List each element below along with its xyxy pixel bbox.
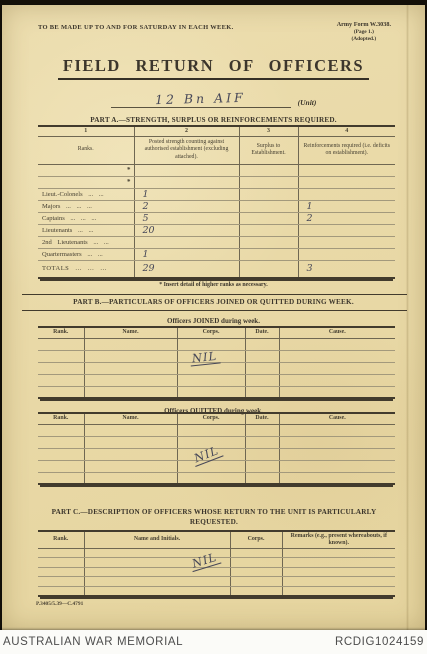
empty-cell [38, 460, 84, 472]
officers-joined-title: Officers JOINED during week. [2, 317, 425, 325]
empty-cell [282, 548, 395, 558]
scanned-form-page: TO BE MADE UP TO AND FOR SATURDAY IN EAC… [2, 5, 425, 630]
header-rank: Rank. [38, 531, 84, 548]
header-date: Date. [245, 327, 279, 338]
empty-cell [230, 586, 282, 596]
totals-label-cell: TOTALS ... ... ... [38, 260, 134, 278]
empty-cell [38, 436, 84, 448]
part-a-heading: PART A.—STRENGTH, SURPLUS OR REINFORCEME… [2, 116, 425, 124]
record-id: RCDIG1024159 [335, 636, 424, 648]
empty-cell [84, 386, 177, 398]
empty-cell [279, 436, 395, 448]
totals-surplus-cell [239, 260, 298, 278]
header-name-initials: Name and Initials. [84, 531, 230, 548]
unit-write-in-line: 12 Bn AIF [111, 89, 291, 108]
surplus-cell [239, 188, 298, 200]
empty-cell [38, 548, 84, 558]
table-row [38, 424, 395, 436]
posted-cell: 5 [134, 212, 239, 224]
column-header-row: Rank. Name. Corps. Date. Cause. [38, 327, 395, 338]
surplus-cell [239, 212, 298, 224]
posted-cell: 2 [134, 200, 239, 212]
column-number-row: 1 2 3 4 [38, 126, 395, 136]
table-row [38, 472, 395, 484]
empty-cell [177, 424, 245, 436]
table-row [38, 374, 395, 386]
surplus-cell [239, 236, 298, 248]
rank-cell: * [38, 164, 134, 176]
header-remarks: Remarks (e.g., present whereabouts, if k… [282, 531, 395, 548]
empty-cell [230, 548, 282, 558]
reinforcements-cell: 2 [298, 212, 395, 224]
empty-cell [230, 558, 282, 568]
column-header-row: Ranks. Posted strength counting against … [38, 136, 395, 164]
empty-cell [38, 350, 84, 362]
table-row: Captains ... ... ... 5 2 [38, 212, 395, 224]
empty-cell [245, 472, 279, 484]
empty-cell [84, 338, 177, 350]
surplus-cell [239, 248, 298, 260]
rank-cell: * [38, 176, 134, 188]
asterisk-mark: * [127, 166, 131, 174]
rank-label: Lieutenants ... ... [42, 227, 93, 234]
empty-cell [245, 460, 279, 472]
army-form-reference: Army Form W.3038. (Page 1.) (Adopted.) [337, 21, 391, 43]
empty-cell [230, 567, 282, 577]
col-number-3: 3 [239, 126, 298, 136]
header-corps: Corps. [177, 413, 245, 424]
rank-cell: Lieut.-Colonels ... ... [38, 188, 134, 200]
empty-cell [279, 424, 395, 436]
part-a-footnote: * Insert detail of higher ranks as neces… [2, 282, 425, 288]
printer-code: P.3405/5.39—C.4791 [36, 601, 83, 607]
table-row: 2nd Lieutenants ... ... [38, 236, 395, 248]
section-divider [22, 310, 407, 311]
table-row: Majors ... ... ... 2 1 [38, 200, 395, 212]
col-number-4: 4 [298, 126, 395, 136]
empty-cell [245, 424, 279, 436]
empty-cell [84, 472, 177, 484]
posted-cell [134, 164, 239, 176]
surplus-cell [239, 224, 298, 236]
empty-cell [38, 448, 84, 460]
header-rank: Rank. [38, 413, 84, 424]
posted-cell: 20 [134, 224, 239, 236]
rank-cell: Majors ... ... ... [38, 200, 134, 212]
posted-cell [134, 236, 239, 248]
table-row: Lieut.-Colonels ... ... 1 [38, 188, 395, 200]
reinforcements-cell [298, 188, 395, 200]
empty-cell [279, 338, 395, 350]
form-number: Army Form W.3038. [337, 21, 391, 29]
empty-cell [38, 577, 84, 587]
totals-posted-cell: 29 [134, 260, 239, 278]
empty-cell [38, 386, 84, 398]
header-reinforcements: Reinforcements required (i.e. deficits o… [298, 136, 395, 164]
empty-cell [177, 374, 245, 386]
reinforcements-cell [298, 164, 395, 176]
empty-cell [84, 374, 177, 386]
empty-cell [84, 436, 177, 448]
rank-label: 2nd Lieutenants ... ... [42, 239, 109, 246]
empty-cell [177, 472, 245, 484]
table-row [38, 567, 395, 577]
empty-cell [84, 567, 230, 577]
empty-cell [279, 350, 395, 362]
empty-cell [84, 577, 230, 587]
form-adopted-note: (Adopted.) [337, 36, 391, 43]
empty-cell [177, 460, 245, 472]
header-rank: Rank. [38, 327, 84, 338]
part-c-heading: PART C.—DESCRIPTION OF OFFICERS WHOSE RE… [44, 507, 384, 527]
header-corps: Corps. [230, 531, 282, 548]
rank-cell: Quartermasters ... ... [38, 248, 134, 260]
surplus-cell [239, 176, 298, 188]
unit-entry-row: 12 Bn AIF (Unit) [2, 89, 425, 108]
section-divider [22, 294, 407, 295]
reinforcements-cell [298, 248, 395, 260]
column-header-row: Rank. Name and Initials. Corps. Remarks … [38, 531, 395, 548]
totals-reinforcements-cell: 3 [298, 260, 395, 278]
rank-label: Lieut.-Colonels ... ... [42, 191, 104, 198]
table-row: Quartermasters ... ... 1 [38, 248, 395, 260]
surplus-cell [239, 164, 298, 176]
reinforcements-cell [298, 224, 395, 236]
empty-cell [245, 436, 279, 448]
empty-cell [177, 386, 245, 398]
empty-cell [84, 460, 177, 472]
table-row: Lieutenants ... ... 20 [38, 224, 395, 236]
rank-cell: Lieutenants ... ... [38, 224, 134, 236]
empty-cell [279, 448, 395, 460]
table-row [38, 586, 395, 596]
header-surplus: Surplus to Establishment. [239, 136, 298, 164]
form-title: FIELD RETURN OF OFFICERS [58, 56, 369, 80]
empty-cell [245, 362, 279, 374]
rank-cell: 2nd Lieutenants ... ... [38, 236, 134, 248]
reinforcements-cell: 1 [298, 200, 395, 212]
totals-label: TOTALS ... ... ... [42, 265, 107, 272]
table-row: * [38, 164, 395, 176]
header-cause: Cause. [279, 327, 395, 338]
empty-cell [84, 424, 177, 436]
empty-cell [282, 567, 395, 577]
posted-cell [134, 176, 239, 188]
header-name: Name. [84, 327, 177, 338]
archive-institution-label: AUSTRALIAN WAR MEMORIAL [3, 636, 183, 648]
empty-cell [279, 460, 395, 472]
empty-cell [84, 362, 177, 374]
empty-cell [230, 577, 282, 587]
empty-cell [245, 338, 279, 350]
table-row [38, 577, 395, 587]
table-row [38, 460, 395, 472]
header-cause: Cause. [279, 413, 395, 424]
empty-cell [84, 586, 230, 596]
empty-cell [84, 350, 177, 362]
unit-field-label: (Unit) [298, 98, 317, 108]
empty-cell [282, 586, 395, 596]
header-posted-strength: Posted strength counting against authori… [134, 136, 239, 164]
header-corps: Corps. [177, 327, 245, 338]
empty-cell [38, 424, 84, 436]
rank-label: Majors ... ... ... [42, 203, 92, 210]
empty-cell [245, 448, 279, 460]
empty-cell [279, 472, 395, 484]
posted-cell: 1 [134, 188, 239, 200]
rank-cell: Captains ... ... ... [38, 212, 134, 224]
column-header-row: Rank. Name. Corps. Date. Cause. [38, 413, 395, 424]
reinforcements-cell [298, 176, 395, 188]
empty-cell [38, 338, 84, 350]
form-title-wrap: FIELD RETURN OF OFFICERS [2, 56, 425, 80]
reinforcements-cell [298, 236, 395, 248]
empty-cell [282, 577, 395, 587]
surplus-cell [239, 200, 298, 212]
rank-label: Quartermasters ... ... [42, 251, 103, 258]
header-date: Date. [245, 413, 279, 424]
empty-cell [38, 558, 84, 568]
empty-cell [38, 586, 84, 596]
empty-cell [84, 448, 177, 460]
part-a-strength-table: 1 2 3 4 Ranks. Posted strength counting … [38, 125, 395, 279]
handwritten-unit-value: 12 Bn AIF [155, 90, 246, 107]
empty-cell [245, 386, 279, 398]
col-number-2: 2 [134, 126, 239, 136]
table-row [38, 386, 395, 398]
totals-row: TOTALS ... ... ... 29 3 [38, 260, 395, 278]
table-row: * [38, 176, 395, 188]
empty-cell [279, 374, 395, 386]
empty-cell [245, 350, 279, 362]
asterisk-mark: * [127, 178, 131, 186]
table-row [38, 362, 395, 374]
part-b-heading: PART B.—PARTICULARS OF OFFICERS JOINED O… [2, 298, 425, 306]
posted-cell: 1 [134, 248, 239, 260]
empty-cell [245, 374, 279, 386]
form-instruction: TO BE MADE UP TO AND FOR SATURDAY IN EAC… [38, 24, 234, 31]
empty-cell [279, 386, 395, 398]
empty-cell [279, 362, 395, 374]
rank-label: Captains ... ... ... [42, 215, 96, 222]
header-ranks: Ranks. [38, 136, 134, 164]
empty-cell [38, 567, 84, 577]
col-number-1: 1 [38, 126, 134, 136]
empty-cell [38, 472, 84, 484]
empty-cell [282, 558, 395, 568]
table-row [38, 338, 395, 350]
archive-footer-bar: AUSTRALIAN WAR MEMORIAL RCDIG1024159 [0, 630, 427, 654]
empty-cell [38, 362, 84, 374]
empty-cell [177, 338, 245, 350]
empty-cell [38, 374, 84, 386]
header-name: Name. [84, 413, 177, 424]
